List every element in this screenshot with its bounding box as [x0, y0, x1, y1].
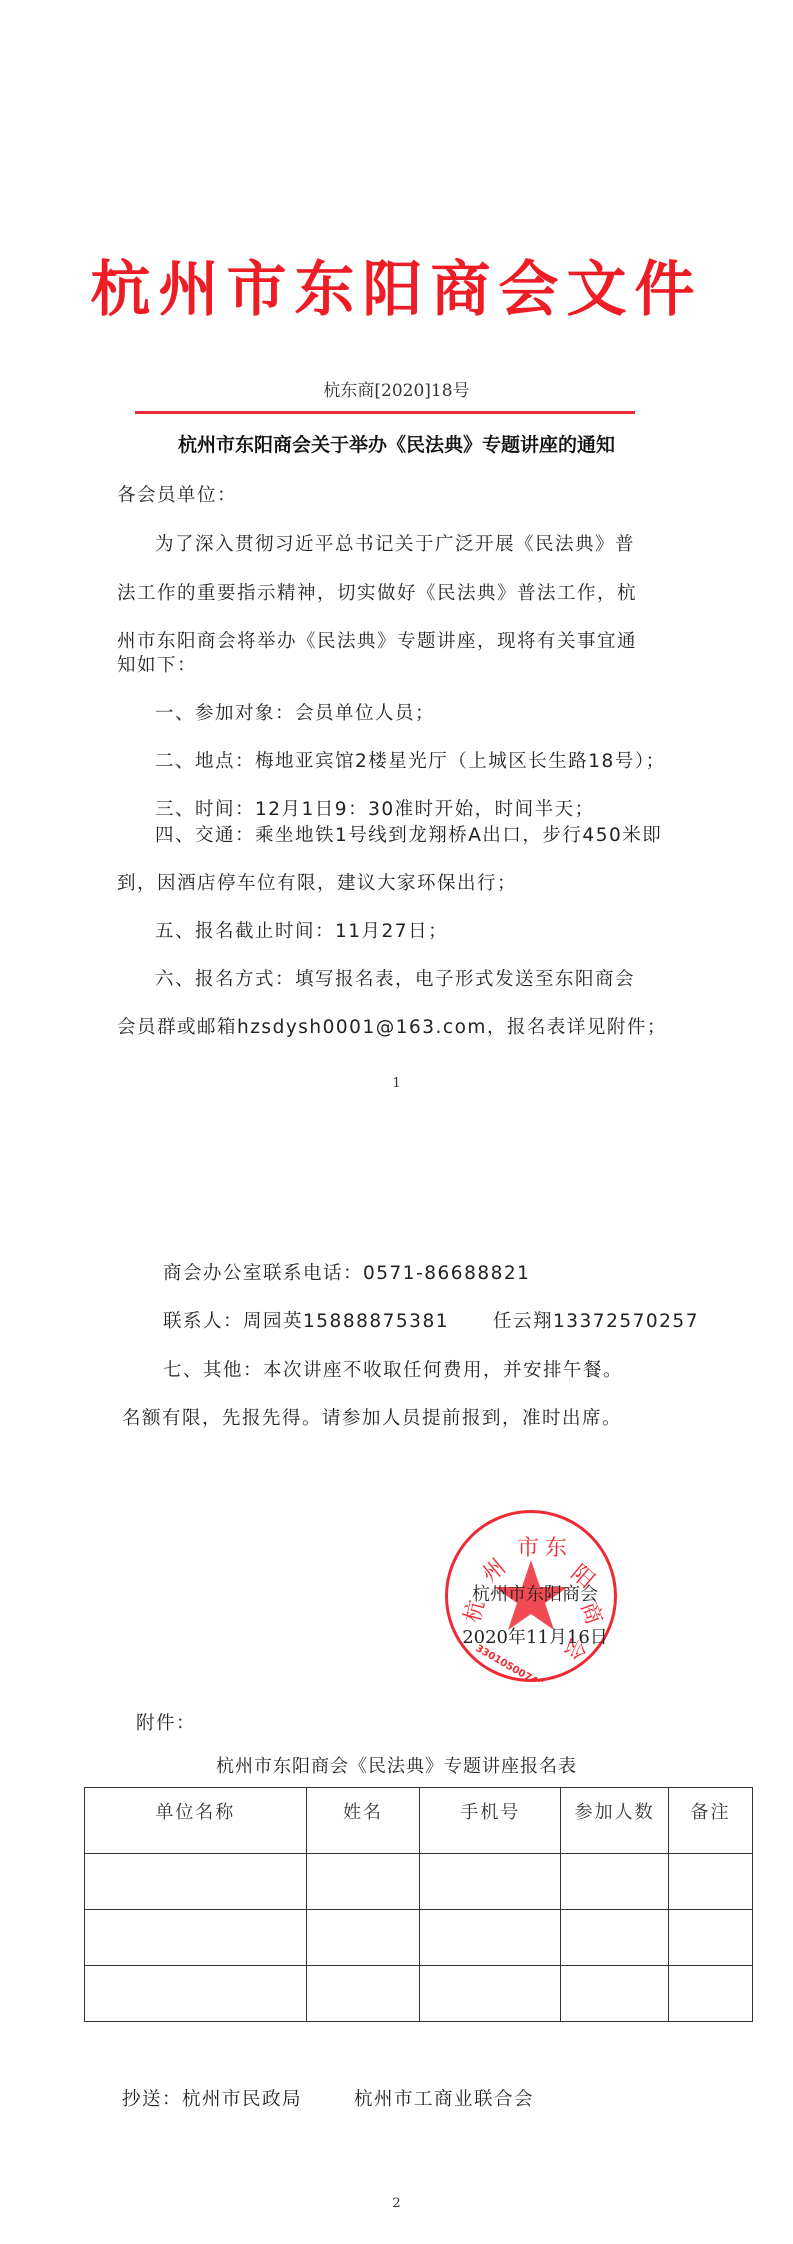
cell-name[interactable] — [306, 1966, 420, 2022]
item-location: 二、地点：梅地亚宾馆2楼星光厅（上城区长生路18号）； — [155, 748, 715, 776]
item-participants: 一、参加对象：会员单位人员； — [155, 700, 715, 728]
page-number: 1 — [0, 1076, 793, 1091]
item-transport: 四、交通：乘坐地铁1号线到龙翔桥A出口，步行450米即 — [155, 822, 715, 850]
cell-remarks[interactable] — [669, 1854, 753, 1910]
contact-person-2: 任云翔13372570257 — [493, 1311, 699, 1332]
table-row — [85, 1854, 753, 1910]
contact-persons: 联系人：周园英15888875381任云翔13372570257 — [163, 1308, 763, 1336]
item-signup-method: 六、报名方式：填写报名表，电子形式发送至东阳商会 — [155, 966, 715, 994]
cell-name[interactable] — [306, 1854, 420, 1910]
cell-phone[interactable] — [420, 1910, 561, 1966]
cell-unit-name[interactable] — [85, 1854, 307, 1910]
cell-remarks[interactable] — [669, 1966, 753, 2022]
intro-line: 法工作的重要指示精神，切实做好《民法典》普法工作，杭 — [117, 580, 677, 608]
intro-line: 知如下： — [117, 652, 677, 680]
cell-unit-name[interactable] — [85, 1966, 307, 2022]
signature-date: 2020年11月16日 — [440, 1623, 630, 1649]
other-item-cont: 名额有限，先报先得。请参加人员提前报到，准时出席。 — [122, 1405, 682, 1433]
masthead-title: 杭州市东阳商会文件 — [0, 250, 793, 330]
item-time: 三、时间：12月1日9：30准时开始，时间半天； — [155, 796, 715, 824]
item-deadline: 五、报名截止时间：11月27日； — [155, 918, 715, 946]
svg-text:市: 市 — [517, 1536, 539, 1561]
cc-line: 抄送：杭州市民政局杭州市工商业联合会 — [122, 2086, 722, 2114]
header-attendee-count: 参加人数 — [561, 1788, 669, 1854]
header-phone: 手机号 — [420, 1788, 561, 1854]
attachment-title: 杭州市东阳商会《民法典》专题讲座报名表 — [0, 1752, 793, 1778]
table-header-row: 单位名称 姓名 手机号 参加人数 备注 — [85, 1788, 753, 1854]
item-signup-method-cont: 会员群或邮箱hzsdysh0001@163.com，报名表详见附件； — [117, 1014, 677, 1042]
cell-attendee-count[interactable] — [561, 1966, 669, 2022]
cell-attendee-count[interactable] — [561, 1854, 669, 1910]
table-row — [85, 1966, 753, 2022]
svg-text:东: 东 — [545, 1536, 567, 1561]
page-number: 2 — [0, 2196, 793, 2211]
red-divider — [135, 411, 635, 414]
cell-remarks[interactable] — [669, 1910, 753, 1966]
notice-title: 杭州市东阳商会关于举办《民法典》专题讲座的通知 — [0, 430, 793, 457]
cell-unit-name[interactable] — [85, 1910, 307, 1966]
signature-organization: 杭州市东阳商会 — [440, 1580, 630, 1606]
header-unit-name: 单位名称 — [85, 1788, 307, 1854]
header-remarks: 备注 — [669, 1788, 753, 1854]
contact-person-1: 周园英15888875381 — [243, 1311, 449, 1332]
intro-line: 为了深入贯彻习近平总书记关于广泛开展《民法典》普 — [155, 531, 715, 559]
office-phone: 商会办公室联系电话：0571-86688821 — [163, 1260, 723, 1288]
document-number: 杭东商[2020]18号 — [0, 376, 793, 401]
other-item: 七、其他：本次讲座不收取任何费用，并安排午餐。 — [163, 1357, 723, 1385]
cell-phone[interactable] — [420, 1854, 561, 1910]
contact-label: 联系人： — [163, 1311, 243, 1332]
salutation: 各会员单位： — [117, 482, 677, 510]
item-transport-cont: 到，因酒店停车位有限，建议大家环保出行； — [117, 870, 677, 898]
registration-table: 单位名称 姓名 手机号 参加人数 备注 — [84, 1787, 753, 2022]
cell-name[interactable] — [306, 1910, 420, 1966]
attachment-label: 附件： — [136, 1710, 696, 1738]
header-name: 姓名 — [306, 1788, 420, 1854]
table-row — [85, 1910, 753, 1966]
cc-recipient-1: 抄送：杭州市民政局 — [122, 2089, 302, 2110]
cell-attendee-count[interactable] — [561, 1910, 669, 1966]
cell-phone[interactable] — [420, 1966, 561, 2022]
cc-recipient-2: 杭州市工商业联合会 — [354, 2089, 534, 2110]
